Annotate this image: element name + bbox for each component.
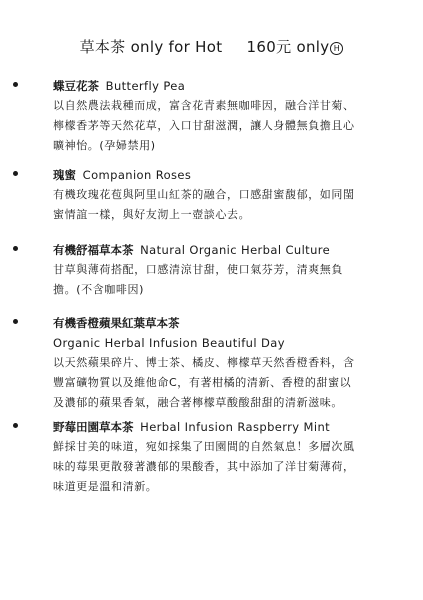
page-title: 草本茶 only for Hot 160元 onlyH xyxy=(0,36,423,57)
title-zh: 草本茶 xyxy=(80,38,126,56)
item-description: 有機玫瑰花苞與阿里山紅茶的融合，口感甜蜜馥郁，如同閨 蜜情誼一樣，與好友沏上一壺… xyxy=(53,185,393,225)
menu-item-raspberry-mint: 野莓田園草本茶 Herbal Infusion Raspberry Mint 鮮… xyxy=(53,417,393,497)
title-price: 160元 xyxy=(247,38,292,56)
item-name-en: Companion Roses xyxy=(83,168,192,182)
menu-item-butterfly-pea: 蝶豆花茶 Butterfly Pea 以自然農法栽種而成，富含花青素無咖啡因，融… xyxy=(53,76,393,156)
bullet-icon xyxy=(13,246,18,251)
bullet-icon xyxy=(13,319,18,324)
item-subtitle-en: Organic Herbal Infusion Beautiful Day xyxy=(53,333,393,353)
item-name-zh: 瑰蜜 xyxy=(53,168,76,182)
item-name-zh: 有機香橙蘋果紅葉草本茶 xyxy=(53,316,180,330)
item-name-zh: 野莓田園草本茶 xyxy=(53,420,134,434)
item-heading: 有機香橙蘋果紅葉草本茶 xyxy=(53,313,393,333)
item-description: 鮮採甘美的味道，宛如採集了田園間的自然氣息！多層次風 味的莓果更散發著濃郁的果酸… xyxy=(53,437,393,497)
item-heading: 有機舒福草本茶 Natural Organic Herbal Culture xyxy=(53,240,393,260)
item-name-en: Butterfly Pea xyxy=(106,79,186,93)
item-heading: 瑰蜜 Companion Roses xyxy=(53,165,393,185)
circled-h-icon: H xyxy=(330,42,343,55)
item-description: 甘草與薄荷搭配，口感清涼甘甜，使口氣芬芳，清爽無負 擔。(不含咖啡因) xyxy=(53,260,393,300)
menu-item-herbal-culture: 有機舒福草本茶 Natural Organic Herbal Culture 甘… xyxy=(53,240,393,300)
item-name-en: Natural Organic Herbal Culture xyxy=(140,243,330,257)
bullet-icon xyxy=(13,82,18,87)
item-heading: 野莓田園草本茶 Herbal Infusion Raspberry Mint xyxy=(53,417,393,437)
item-name-zh: 有機舒福草本茶 xyxy=(53,243,134,257)
item-name-zh: 蝶豆花茶 xyxy=(53,79,99,93)
menu-page: 草本茶 only for Hot 160元 onlyH 蝶豆花茶 Butterf… xyxy=(0,0,423,600)
item-description: 以天然蘋果碎片、博士茶、橘皮、檸檬草天然香橙香料，含 豐富礦物質以及維他命C，有… xyxy=(53,353,393,413)
menu-item-beautiful-day: 有機香橙蘋果紅葉草本茶 Organic Herbal Infusion Beau… xyxy=(53,313,393,413)
item-name-en: Herbal Infusion Raspberry Mint xyxy=(140,420,330,434)
item-description: 以自然農法栽種而成，富含花青素無咖啡因，融合洋甘菊、 檸檬香茅等天然花草，入口甘… xyxy=(53,96,393,156)
item-heading: 蝶豆花茶 Butterfly Pea xyxy=(53,76,393,96)
bullet-icon xyxy=(13,171,18,176)
bullet-icon xyxy=(13,423,18,428)
menu-item-companion-roses: 瑰蜜 Companion Roses 有機玫瑰花苞與阿里山紅茶的融合，口感甜蜜馥… xyxy=(53,165,393,225)
title-en: only for Hot xyxy=(131,38,223,56)
title-price-suffix: only xyxy=(296,38,329,56)
